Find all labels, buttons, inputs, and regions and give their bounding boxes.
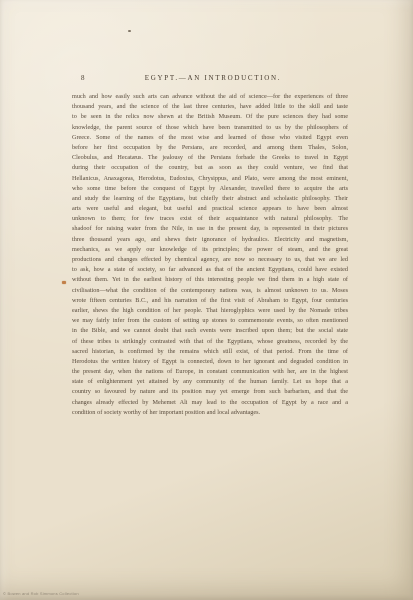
text-line: changes already effected by Mehemet Ali …: [72, 398, 348, 408]
text-line: Greece. Some of the names of the most wi…: [72, 133, 348, 143]
text-line: productions and changes effected by chem…: [72, 255, 348, 265]
text-line: sacred historian, is confirmed by the re…: [72, 347, 348, 357]
scanned-book-page: 8 EGYPT.—AN INTRODUCTION. much and how e…: [0, 0, 413, 600]
text-line: we may fairly infer from the custom of s…: [72, 316, 348, 326]
text-line: country so favoured by nature and its po…: [72, 387, 348, 397]
text-line: and study the learning of the Egyptians,…: [72, 194, 348, 204]
text-line: Herodotus the written history of Egypt i…: [72, 357, 348, 367]
paper-speck: [128, 30, 131, 32]
text-line: without them. Yet in the earliest histor…: [72, 275, 348, 285]
text-line: condition of society worthy of her impor…: [72, 408, 348, 418]
text-line: mechanics, as we apply our knowledge of …: [72, 245, 348, 255]
text-line: civilisation—what the condition of the c…: [72, 286, 348, 296]
body-text-block: much and how easily such arts can advanc…: [72, 92, 348, 418]
text-line: before her first occupation by the Persi…: [72, 143, 348, 153]
text-line: earlier, shews the high condition of her…: [72, 306, 348, 316]
text-line: thousand years, and the science of the l…: [72, 102, 348, 112]
text-line: of these tribes is strikingly contrasted…: [72, 337, 348, 347]
running-header-title: EGYPT.—AN INTRODUCTION.: [72, 74, 354, 82]
watermark-text: © Bowen and Rob Simmons Collection: [3, 591, 79, 596]
text-line: three thousand years ago, and shews thei…: [72, 235, 348, 245]
text-line: wrote fifteen centuries B.C., and his na…: [72, 296, 348, 306]
text-line: unknown to them; for few traces exist of…: [72, 214, 348, 224]
text-line: in the Bible, and we cannot doubt that s…: [72, 326, 348, 336]
text-line: Cleobulus, and Hecatæus. The jealousy of…: [72, 153, 348, 163]
text-line: state of enlightenment yet attained by a…: [72, 377, 348, 387]
text-line: during their occupation of the country, …: [72, 163, 348, 173]
margin-collation-mark: [62, 281, 66, 284]
text-line: to ask, how a state of society, so far a…: [72, 265, 348, 275]
text-line: Hellanicus, Anaxagoras, Herodotus, Eudox…: [72, 174, 348, 184]
text-line: the present day, when the nations of Eur…: [72, 367, 348, 377]
text-line: who some time before the conquest of Egy…: [72, 184, 348, 194]
text-line: shadoof for raising water from the Nile,…: [72, 224, 348, 234]
text-line: to be seen in the relics now shewn at th…: [72, 112, 348, 122]
text-line: knowledge, the parent source of those wh…: [72, 123, 348, 133]
text-line: much and how easily such arts can advanc…: [72, 92, 348, 102]
text-line: arts were useful and elegant, but useful…: [72, 204, 348, 214]
